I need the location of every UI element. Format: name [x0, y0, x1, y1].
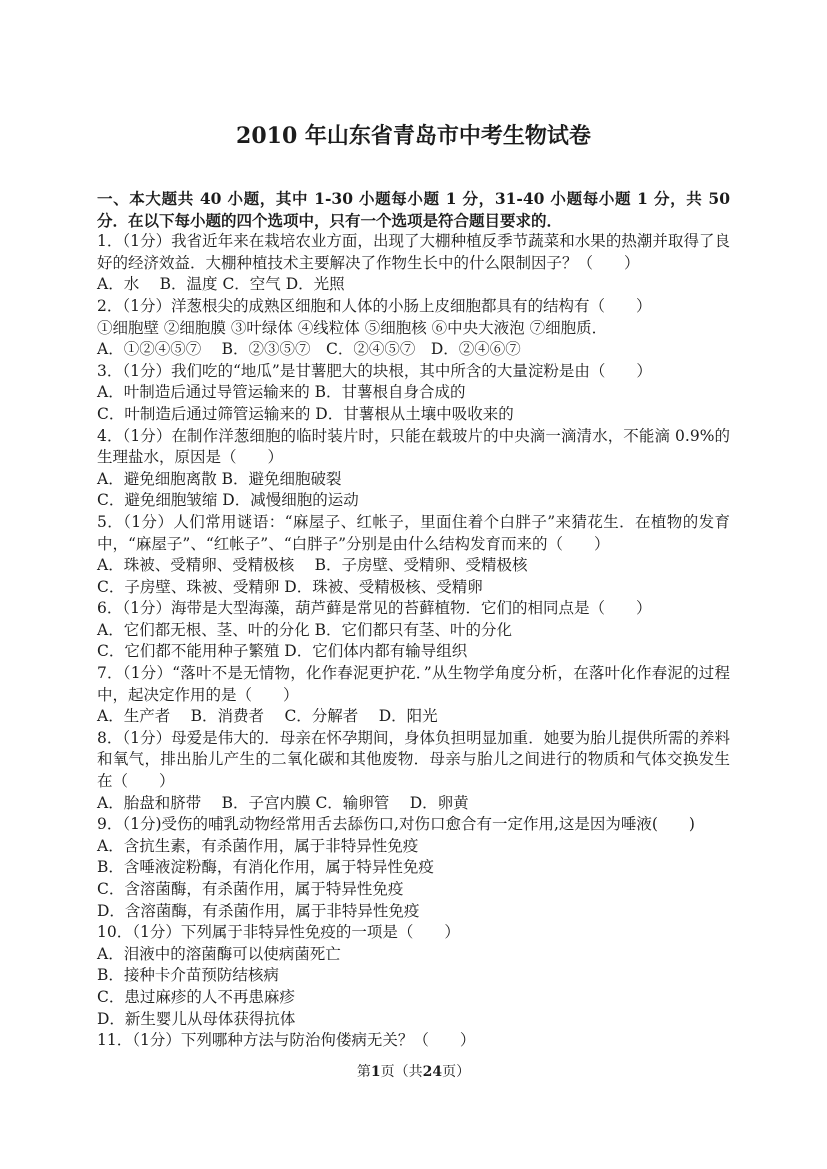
exam-page: 2010 年山东省青岛市中考生物试卷 一、本大题共 40 小题，其中 1-30 …	[0, 0, 827, 1169]
footer-prefix: 第	[357, 1064, 371, 1080]
question-2-items-line: ①细胞壁 ②细胞膜 ③叶绿体 ④线粒体 ⑤细胞核 ⑥中央大液泡 ⑦细胞质．	[97, 318, 730, 340]
question-10-option-d: D．新生婴儿从母体获得抗体	[97, 1009, 730, 1031]
question-10-option-a: A．泪液中的溶菌酶可以使病菌死亡	[97, 944, 730, 966]
question-9: 9．（1分)受伤的哺乳动物经常用舌去舔伤口,对伤口愈合有一定作用,这是因为唾液(…	[97, 814, 730, 922]
question-4-options-line-cd: C．避免细胞皱缩 D．减慢细胞的运动	[97, 490, 730, 512]
page-title: 2010 年山东省青岛市中考生物试卷	[97, 120, 730, 152]
question-3-options-line-cd: C．叶制造后通过筛管运输来的 D．甘薯根从土壤中吸收来的	[97, 404, 730, 426]
question-11: 11．（1分）下列哪种方法与防治佝偻病无关？（ ）	[97, 1030, 730, 1052]
question-9-option-b: B．含唾液淀粉酶，有消化作用，属于特异性免疫	[97, 857, 730, 879]
question-4-options-line-ab: A．避免细胞离散 B．避免细胞破裂	[97, 469, 730, 491]
question-8: 8．（1分）母爱是伟大的．母亲在怀孕期间，身体负担明显加重．她要为胎儿提供所需的…	[97, 728, 730, 814]
exam-content: 2010 年山东省青岛市中考生物试卷 一、本大题共 40 小题，其中 1-30 …	[97, 120, 730, 1052]
question-10: 10．（1分）下列属于非特异性免疫的一项是（ ） A．泪液中的溶菌酶可以使病菌死…	[97, 922, 730, 1030]
question-2-stem: 2．（1分）洋葱根尖的成熟区细胞和人体的小肠上皮细胞都具有的结构有（ ）	[97, 296, 730, 318]
question-1-options-line: A．水 B．温度 C．空气 D．光照	[97, 274, 730, 296]
question-10-option-b: B．接种卡介苗预防结核病	[97, 965, 730, 987]
question-6-options-line-cd: C．它们都不能用种子繁殖 D．它们体内都有输导组织	[97, 641, 730, 663]
question-6: 6．（1分）海带是大型海藻，葫芦藓是常见的苔藓植物．它们的相同点是（ ） A．它…	[97, 598, 730, 663]
page-footer: 第1页（共24页）	[0, 1063, 827, 1081]
footer-total-pages: 24	[423, 1064, 442, 1080]
question-2-options-line: A．①②④⑤⑦ B．②③⑤⑦ C．②④⑤⑦ D．②④⑥⑦	[97, 339, 730, 361]
question-10-option-c: C．患过麻疹的人不再患麻疹	[97, 987, 730, 1009]
question-5: 5．（1分）人们常用谜语：“麻屋子、红帐子，里面住着个白胖子”来猜花生．在植物的…	[97, 512, 730, 598]
question-7-stem: 7．（1分）“落叶不是无情物，化作春泥更护花．”从生物学角度分析，在落叶化作春泥…	[97, 663, 730, 706]
question-7: 7．（1分）“落叶不是无情物，化作春泥更护花．”从生物学角度分析，在落叶化作春泥…	[97, 663, 730, 728]
question-6-stem: 6．（1分）海带是大型海藻，葫芦藓是常见的苔藓植物．它们的相同点是（ ）	[97, 598, 730, 620]
question-8-stem: 8．（1分）母爱是伟大的．母亲在怀孕期间，身体负担明显加重．她要为胎儿提供所需的…	[97, 728, 730, 793]
question-9-option-c: C．含溶菌酶，有杀菌作用，属于特异性免疫	[97, 879, 730, 901]
question-6-options-line-ab: A．它们都无根、茎、叶的分化 B．它们都只有茎、叶的分化	[97, 620, 730, 642]
section-header: 一、本大题共 40 小题，其中 1-30 小题每小题 1 分，31-40 小题每…	[97, 188, 730, 231]
question-9-stem: 9．（1分)受伤的哺乳动物经常用舌去舔伤口,对伤口愈合有一定作用,这是因为唾液(…	[97, 814, 730, 836]
question-3: 3．（1分）我们吃的“地瓜”是甘薯肥大的块根，其中所含的大量淀粉是由（ ） A．…	[97, 361, 730, 426]
question-9-option-d: D．含溶菌酶，有杀菌作用，属于非特异性免疫	[97, 901, 730, 923]
question-1-stem: 1．（1分）我省近年来在栽培农业方面，出现了大棚种植反季节蔬菜和水果的热潮并取得…	[97, 231, 730, 274]
question-5-stem: 5．（1分）人们常用谜语：“麻屋子、红帐子，里面住着个白胖子”来猜花生．在植物的…	[97, 512, 730, 555]
question-4-stem: 4．（1分）在制作洋葱细胞的临时装片时，只能在载玻片的中央滴一滴清水，不能滴 0…	[97, 426, 730, 469]
question-7-options-line: A．生产者 B．消费者 C．分解者 D．阳光	[97, 706, 730, 728]
question-9-option-a: A．含抗生素，有杀菌作用，属于非特异性免疫	[97, 836, 730, 858]
footer-page-number: 1	[371, 1064, 381, 1080]
question-3-options-line-ab: A．叶制造后通过导管运输来的 B．甘薯根自身合成的	[97, 382, 730, 404]
question-11-stem: 11．（1分）下列哪种方法与防治佝偻病无关？（ ）	[97, 1030, 730, 1052]
question-1: 1．（1分）我省近年来在栽培农业方面，出现了大棚种植反季节蔬菜和水果的热潮并取得…	[97, 231, 730, 296]
question-4: 4．（1分）在制作洋葱细胞的临时装片时，只能在载玻片的中央滴一滴清水，不能滴 0…	[97, 426, 730, 512]
question-3-stem: 3．（1分）我们吃的“地瓜”是甘薯肥大的块根，其中所含的大量淀粉是由（ ）	[97, 361, 730, 383]
question-10-stem: 10．（1分）下列属于非特异性免疫的一项是（ ）	[97, 922, 730, 944]
question-8-options-line: A．胎盘和脐带 B．子宫内膜 C．输卵管 D．卵黄	[97, 793, 730, 815]
question-5-options-line-cd: C．子房壁、珠被、受精卵 D．珠被、受精极核、受精卵	[97, 577, 730, 599]
question-2: 2．（1分）洋葱根尖的成熟区细胞和人体的小肠上皮细胞都具有的结构有（ ） ①细胞…	[97, 296, 730, 361]
footer-suffix: 页）	[442, 1064, 470, 1080]
question-5-options-line-ab: A．珠被、受精卵、受精极核 B．子房壁、受精卵、受精极核	[97, 555, 730, 577]
footer-mid: 页（共	[381, 1064, 423, 1080]
